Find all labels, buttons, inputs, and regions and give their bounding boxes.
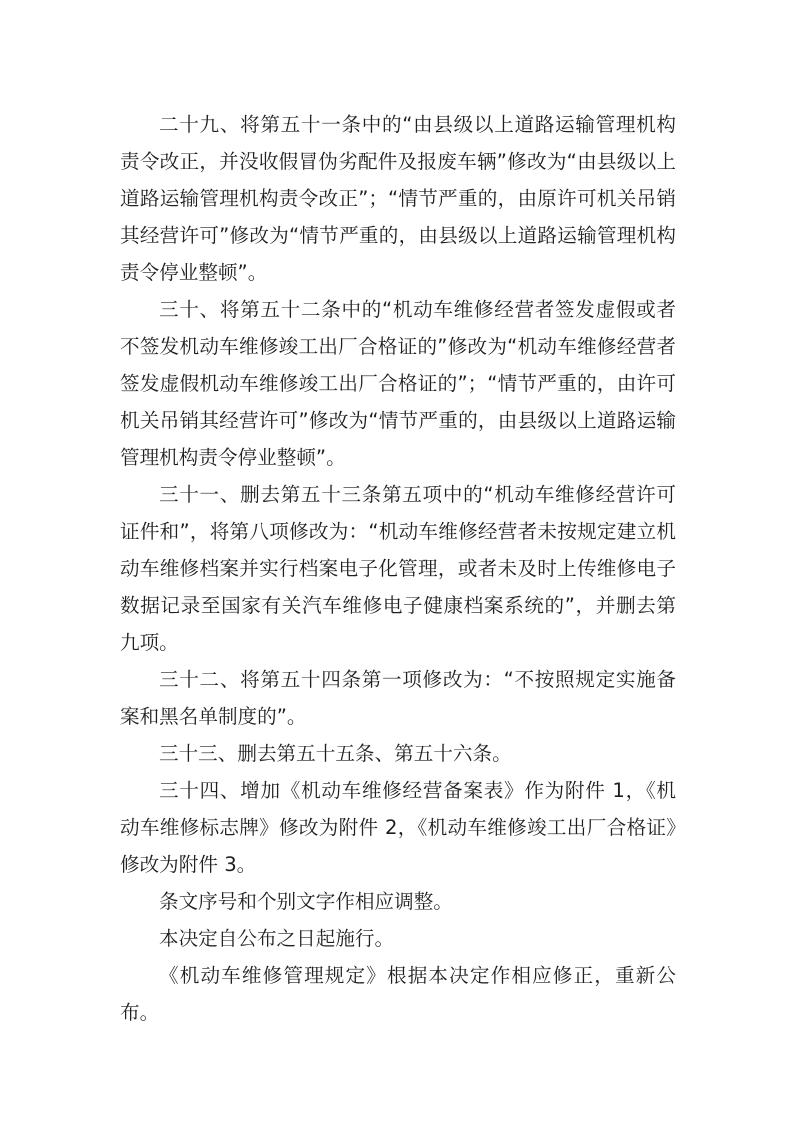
paragraph-item-33: 三十三、删去第五十五条、第五十六条。 <box>120 735 676 772</box>
paragraph-effective-date: 本决定自公布之日起施行。 <box>120 920 676 957</box>
paragraph-item-29: 二十九、将第五十一条中的“由县级以上道路运输管理机构责令改正，并没收假冒伪劣配件… <box>120 106 676 291</box>
document-page: 二十九、将第五十一条中的“由县级以上道路运输管理机构责令改正，并没收假冒伪劣配件… <box>120 106 676 1031</box>
paragraph-item-30: 三十、将第五十二条中的“机动车维修经营者签发虚假或者不签发机动车维修竣工出厂合格… <box>120 291 676 476</box>
paragraph-renumber-note: 条文序号和个别文字作相应调整。 <box>120 883 676 920</box>
paragraph-item-34: 三十四、增加《机动车维修经营备案表》作为附件 1，《机动车维修标志牌》修改为附件… <box>120 772 676 883</box>
paragraph-item-32: 三十二、将第五十四条第一项修改为：“不按照规定实施备案和黑名单制度的”。 <box>120 661 676 735</box>
paragraph-item-31: 三十一、删去第五十三条第五项中的“机动车维修经营许可证件和”，将第八项修改为：“… <box>120 476 676 661</box>
paragraph-republish-note: 《机动车维修管理规定》根据本决定作相应修正，重新公布。 <box>120 957 676 1031</box>
